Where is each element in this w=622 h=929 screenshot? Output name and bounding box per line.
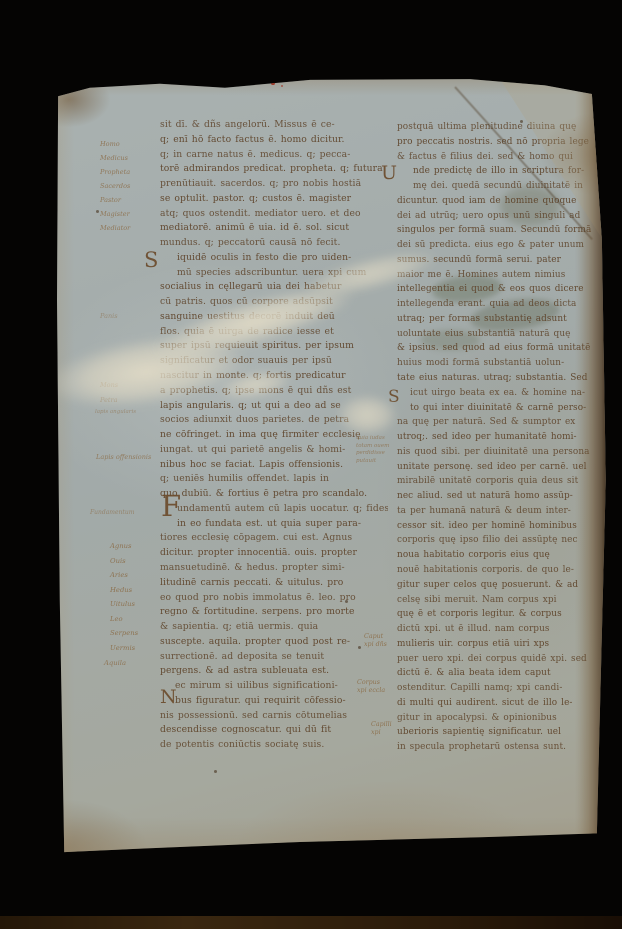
text-line: to qui inter diuinitatē & carnē perso- [397, 401, 604, 416]
text-line: na quę per naturā. Sed & sumptor ex [397, 415, 604, 430]
text-line: noua habitatio corporis eius quę [397, 548, 604, 563]
margin-word: Medicus [100, 151, 130, 165]
ink-dot [358, 646, 361, 649]
text-line: iungat. ut qui parietē angelis & homi- [160, 443, 388, 458]
text-line: undamentū autem cū lapis uocatur. q; fid… [160, 502, 388, 517]
gutter-note-capilli: Capilli xpi [371, 721, 392, 737]
text-line: litudinē carnis peccati. & uitulus. pro [160, 576, 388, 591]
bottom-right-inscription [535, 841, 569, 850]
decorated-initial-n: N [160, 688, 177, 707]
text-line: singulos per formā suam. Secundū formā [397, 223, 604, 238]
gutter-note-caput: Caput xpi dñs [364, 633, 387, 649]
gutter-note-corpus: Corpus xpi eccla [357, 679, 385, 695]
ink-dot [345, 600, 348, 603]
text-line: surrectionē. ad deposita se tenuit [160, 650, 388, 665]
right-text-column: postquā ultima plenitudine diuina quępro… [397, 120, 604, 755]
note-title: Caput [364, 633, 387, 641]
gloss-line: putauit [356, 458, 389, 466]
text-line: uberioris sapientię significatur. uel [397, 725, 604, 740]
text-line: regno & fortitudine. serpens. pro morte [160, 605, 388, 620]
text-line: tiores ecclesię cōpagem. cui est. Agnus [160, 531, 388, 546]
note-title: Capilli [371, 721, 392, 729]
text-line: cessor sit. ideo per hominē hominibus [397, 519, 604, 534]
text-line: de potentis coniūctis sociatę suis. [160, 738, 388, 753]
text-line: & ipsius. sed quod ad eius formā unitatē [397, 341, 604, 356]
text-line: huius modi formā substantiā uolun- [397, 356, 604, 371]
text-line: descendisse cognoscatur. qui dū fit [160, 723, 388, 738]
margin-word: Leo [110, 612, 138, 627]
text-line: nis possessionū. sed carnis cōtumelias [160, 709, 388, 724]
text-line: torē admirandos predicat. propheta. q; f… [160, 162, 388, 177]
decorated-initial-f: F [161, 492, 181, 521]
slide-frame-strip [0, 916, 622, 929]
margin-word: Homo [100, 137, 130, 151]
margin-word: Agnus [110, 539, 138, 554]
text-line: dicitur. propter innocentiā. ouis. propt… [160, 546, 388, 561]
margin-note: Lapis offensionis [96, 453, 151, 461]
red-pigment-speck [271, 82, 275, 85]
text-line: mundus. q; peccatorū causā nō fecit. [160, 236, 388, 251]
text-line: nis quod sibi. per diuinitatē una person… [397, 445, 604, 460]
text-line: se optulit. pastor. q; custos ē. magiste… [160, 192, 388, 207]
gutter-gloss: quia iudastotam ouemperdidisseputauit [356, 435, 389, 465]
note-sub: xpi dñs [364, 641, 387, 649]
margin-word: Serpens [110, 626, 138, 641]
gloss-line: totam ouem [356, 443, 389, 451]
text-line: pergens. & ad astra subleuata est. [160, 664, 388, 679]
text-line: uoluntate eius substantiā naturā quę [397, 327, 604, 342]
text-line: quo dubiū. & fortius ē petra pro scandal… [160, 487, 388, 502]
margin-note-aquila: Aquila [104, 659, 126, 667]
margin-word: Uermis [110, 641, 138, 656]
text-line: dictū ē. & alia beata idem caput [397, 666, 604, 681]
note-sub: xpi eccla [357, 687, 385, 695]
text-line: bus figuratur. qui requirit cōfessio- [160, 694, 388, 709]
manuscript-page: sit dī. & dñs angelorū. Missus ē ce-q; e… [52, 76, 608, 856]
text-line: & sapientia. q; etiā uermis. quia [160, 620, 388, 635]
text-line: puer uero xpi. dei corpus quidē xpi. sed [397, 652, 604, 667]
gloss-line: perdidisse [356, 450, 389, 458]
text-line: gitur in apocalypsi. & opinionibus [397, 711, 604, 726]
margin-note: Fundamentum [90, 509, 134, 516]
text-line: utroq;. sed ideo per humanitatē homi- [397, 430, 604, 445]
text-line: utraq; per formas substantię adsunt [397, 312, 604, 327]
decorated-initial-u: U [381, 164, 397, 183]
text-line: mirabilē unitatē corporis quia deus sit [397, 474, 604, 489]
text-line: in eo fundata est. ut quia super para- [160, 517, 388, 532]
margin-note-panis: Panis [100, 312, 118, 320]
damage-patch [336, 394, 398, 436]
text-line: q; ueniēs humilis offendet. lapis in [160, 472, 388, 487]
text-line: atq; quos ostendit. mediator uero. et de… [160, 207, 388, 222]
decorated-initial-s: S [144, 250, 158, 271]
margin-word: Ouis [110, 554, 138, 569]
text-line: mulieris uir. corpus etiā uiri xps [397, 637, 604, 652]
photo-slide-background: sit dī. & dñs angelorū. Missus ē ce-q; e… [0, 0, 622, 929]
text-line: q; in carne natus ē. medicus. q; pecca- [160, 148, 388, 163]
text-line: di multi qui audirent. sicut de illo le- [397, 696, 604, 711]
margin-word: Mediator [100, 221, 130, 235]
margin-animal-list: AgnusOuisAriesHedusUitulusLeoSerpensUerm… [110, 539, 138, 655]
text-line: ta per humanā naturā & deum inter- [397, 504, 604, 519]
text-line: sit dī. & dñs angelorū. Missus ē ce- [160, 118, 388, 133]
text-line: corporis quę ipso filio dei assūptę nec [397, 533, 604, 548]
ink-dot [214, 770, 217, 773]
text-line: nec aliud. sed ut naturā homo assūp- [397, 489, 604, 504]
text-line: intellegentia ei quod & eos quos dicere [397, 282, 604, 297]
text-line: suscepte. aquila. propter quod post re- [160, 635, 388, 650]
ink-dot [520, 120, 523, 123]
margin-word: Magister [100, 207, 130, 221]
note-title: Corpus [357, 679, 385, 687]
text-line: ec mirum si uilibus significationi- [160, 679, 388, 694]
text-line: quę ē et corporis legitur. & corpus [397, 607, 604, 622]
text-line: dicuntur. quod iam de homine quoque [397, 194, 604, 209]
note-sub: xpi [371, 729, 392, 737]
browned-edge [580, 76, 608, 856]
text-line: nibus hoc se faciat. Lapis offensionis. [160, 458, 388, 473]
red-pigment-speck [281, 85, 283, 87]
text-line: unitate personę. sed ideo per carnē. uel [397, 460, 604, 475]
text-line: intellegenda erant. quia ad deos dicta [397, 297, 604, 312]
text-line: tate eius naturas. utraq; substantia. Se… [397, 371, 604, 386]
margin-word: Uitulus [110, 597, 138, 612]
text-line: eo quod pro nobis immolatus ē. leo. pro [160, 591, 388, 606]
margin-epithet-list: HomoMedicusProphetaSacerdosPastorMagiste… [100, 137, 130, 235]
text-line: in specula prophetarū ostensa sunt. [397, 740, 604, 755]
gloss-line: quia iudas [356, 435, 389, 443]
squiggle-mark [557, 841, 567, 847]
margin-word: Sacerdos [100, 179, 130, 193]
margin-word: Hedus [110, 583, 138, 598]
text-line: mediatorē. animū ē uia. id ē. sol. sicut [160, 221, 388, 236]
text-line: gitur super celos quę posuerunt. & ad [397, 578, 604, 593]
squiggle-mark [535, 843, 547, 847]
text-line: nouē habitationis corporis. de quo le- [397, 563, 604, 578]
text-line: dictū xpi. ut ē illud. nam corpus [397, 622, 604, 637]
margin-word: Aries [110, 568, 138, 583]
text-line: q; enī hō facto factus ē. homo dicitur. [160, 133, 388, 148]
ink-dot [96, 210, 99, 213]
text-line: icut uirgo beata ex ea. & homine na- [397, 386, 604, 401]
text-line: prenūtiauit. sacerdos. q; pro nobis host… [160, 177, 388, 192]
margin-word: Propheta [100, 165, 130, 179]
text-line: celsę sibi meruit. Nam corpus xpi [397, 593, 604, 608]
margin-word: Pastor [100, 193, 130, 207]
text-line: ostenditur. Capilli namq; xpi candi- [397, 681, 604, 696]
text-line: mansuetudinē. & hedus. propter simi- [160, 561, 388, 576]
